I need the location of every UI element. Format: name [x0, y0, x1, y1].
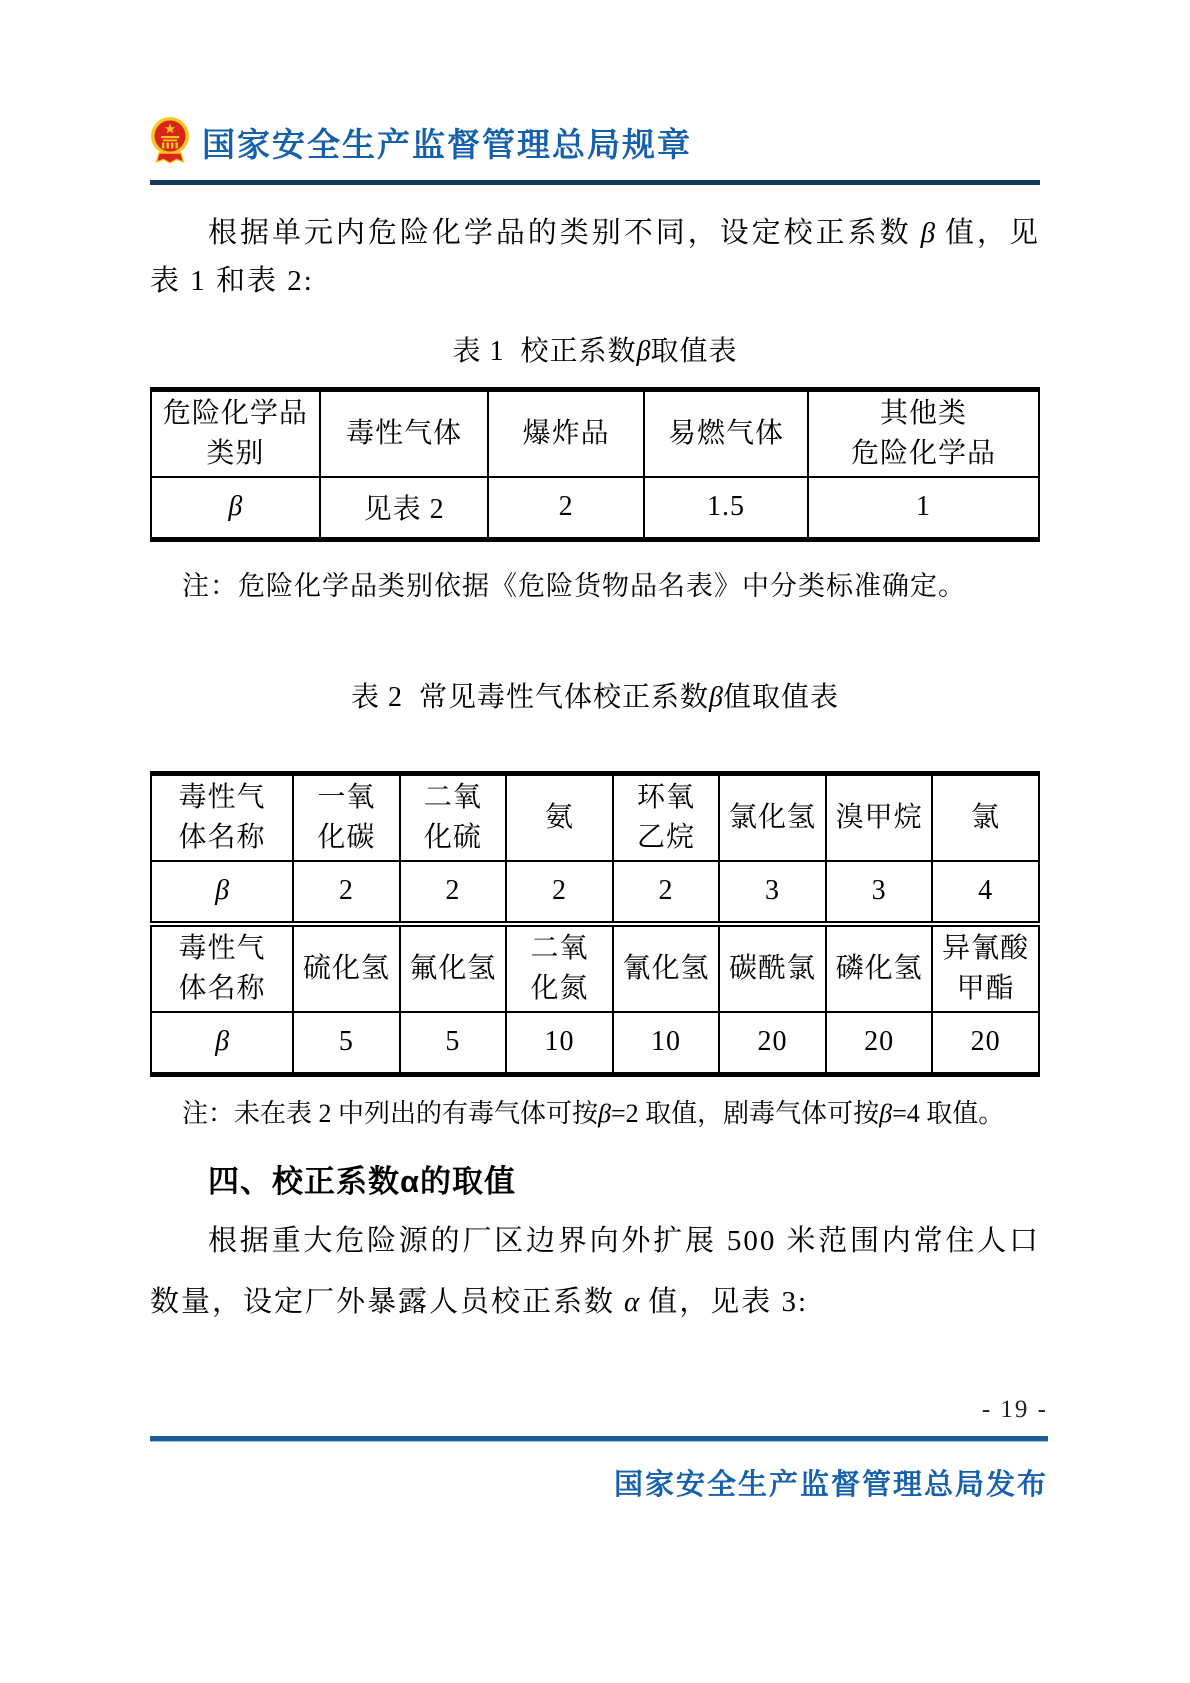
table1-value-row: β 见表 2 2 1.5 1 — [151, 477, 1039, 539]
table1-header-cell: 毒性气体 — [320, 390, 489, 478]
document-page: 国家安全生产监督管理总局规章 根据单元内危险化学品的类别不同，设定校正系数β值，… — [0, 0, 1190, 1683]
publisher-line: 国家安全生产监督管理总局发布 — [150, 1462, 1048, 1503]
table1-header-row: 危险化学品 类别 毒性气体 爆炸品 易燃气体 其他类 危险化学品 — [151, 390, 1039, 478]
table2-row-label: β — [151, 1012, 293, 1075]
table2-value-cell: 5 — [293, 1012, 400, 1075]
table2-value-cell: 20 — [719, 1012, 826, 1075]
section-paragraph: 根据重大危险源的厂区边界向外扩展 500 米范围内常住人口数量，设定厂外暴露人员… — [150, 1211, 1040, 1333]
document-footer: - 19 - 国家安全生产监督管理总局发布 — [150, 1396, 1048, 1503]
table1-value-cell: 1.5 — [644, 477, 808, 539]
table2-value-cell: 10 — [506, 1012, 613, 1075]
table1-header-cell: 其他类 危险化学品 — [808, 390, 1039, 478]
table2-header-cell: 毒性气 体名称 — [151, 773, 293, 861]
note-text: 注：未在表 2 中列出的有毒气体可按 — [182, 1099, 598, 1128]
table2-value-cell: 4 — [932, 861, 1039, 924]
table2-header-cell: 二氧 化硫 — [400, 773, 507, 861]
table2-header-cell: 二氧 化氮 — [506, 924, 613, 1012]
beta-symbol: β — [879, 1099, 892, 1128]
table2-header-cell: 氨 — [506, 773, 613, 861]
table2-header-cell: 氰化氢 — [613, 924, 720, 1012]
table1-value-cell: 2 — [488, 477, 643, 539]
table2-value-cell: 2 — [293, 861, 400, 924]
table1-value-cell: 见表 2 — [320, 477, 489, 539]
table1-title-suffix: 取值表 — [650, 336, 737, 367]
table1-number: 表 1 — [453, 336, 505, 367]
table2-header-cell: 硫化氢 — [293, 924, 400, 1012]
table2-header-cell: 氟化氢 — [400, 924, 507, 1012]
table2-header-cell: 碳酰氯 — [719, 924, 826, 1012]
beta-symbol: β — [637, 336, 651, 367]
table1-header-cell: 危险化学品 类别 — [151, 390, 320, 478]
section-heading-alpha: 四、校正系数α的取值 — [150, 1156, 1040, 1201]
intro-paragraph: 根据单元内危险化学品的类别不同，设定校正系数β值，见表 1 和表 2: — [150, 209, 1040, 305]
national-emblem-icon — [150, 116, 190, 168]
beta-symbol: β — [598, 1099, 611, 1128]
table2-header-cell: 氯 — [932, 773, 1039, 861]
table2-header-cell: 一氧 化碳 — [293, 773, 400, 861]
table2-value-cell: 20 — [932, 1012, 1039, 1075]
table2-value-cell: 2 — [506, 861, 613, 924]
table1-header-cell: 易燃气体 — [644, 390, 808, 478]
table2-header-cell: 磷化氢 — [826, 924, 933, 1012]
table1-correction-factor-beta: 危险化学品 类别 毒性气体 爆炸品 易燃气体 其他类 危险化学品 β 见表 2 … — [150, 387, 1040, 542]
section-text-end: 值，见表 3: — [648, 1286, 808, 1318]
table2-title-text: 常见毒性气体校正系数 — [419, 682, 709, 713]
header-rule — [150, 180, 1040, 185]
table2-header-row-2: 毒性气 体名称 硫化氢 氟化氢 二氧 化氮 氰化氢 碳酰氯 磷化氢 异氰酸 甲酯 — [151, 924, 1039, 1012]
footer-rule — [150, 1436, 1048, 1442]
table2-note: 注：未在表 2 中列出的有毒气体可按β=2 取值，剧毒气体可按β=4 取值。 — [150, 1093, 1040, 1130]
table1-title: 表 1校正系数β取值表 — [150, 329, 1040, 369]
table2-title-suffix: 值取值表 — [723, 682, 839, 713]
table2-header-row-1: 毒性气 体名称 一氧 化碳 二氧 化硫 氨 环氧 乙烷 氯化氢 溴甲烷 氯 — [151, 773, 1039, 861]
section-text: 根据重大危险源的厂区边界向外扩展 500 米范围内常住人口数量，设定厂外暴露人员… — [150, 1225, 1040, 1318]
table2-header-cell: 环氧 乙烷 — [613, 773, 720, 861]
document-header-title: 国家安全生产监督管理总局规章 — [202, 119, 692, 166]
note-text: =4 取值。 — [892, 1099, 1004, 1128]
table2-value-cell: 10 — [613, 1012, 720, 1075]
table2-value-row-1: β 2 2 2 2 3 3 4 — [151, 861, 1039, 924]
table2-value-cell: 2 — [400, 861, 507, 924]
table2-number: 表 2 — [351, 682, 403, 713]
table2-title: 表 2常见毒性气体校正系数β值取值表 — [150, 675, 1040, 715]
table2-value-cell: 3 — [826, 861, 933, 924]
table2-header-cell: 毒性气 体名称 — [151, 924, 293, 1012]
intro-text: 根据单元内危险化学品的类别不同，设定校正系数 — [208, 217, 912, 249]
table1-note: 注：危险化学品类别依据《危险货物品名表》中分类标准确定。 — [150, 564, 1040, 603]
table2-value-cell: 20 — [826, 1012, 933, 1075]
table2-value-cell: 3 — [719, 861, 826, 924]
table2-value-row-2: β 5 5 10 10 20 20 20 — [151, 1012, 1039, 1075]
table2-toxic-gas-beta-values: 毒性气 体名称 一氧 化碳 二氧 化硫 氨 环氧 乙烷 氯化氢 溴甲烷 氯 β … — [150, 771, 1040, 1078]
content-column: 国家安全生产监督管理总局规章 根据单元内危险化学品的类别不同，设定校正系数β值，… — [0, 116, 1190, 1333]
table2-value-cell: 2 — [613, 861, 720, 924]
table2-header-cell: 溴甲烷 — [826, 773, 933, 861]
table1-header-cell: 爆炸品 — [488, 390, 643, 478]
table2-header-cell: 异氰酸 甲酯 — [932, 924, 1039, 1012]
table1-row-label: β — [151, 477, 320, 539]
table1-title-text: 校正系数 — [521, 336, 637, 367]
beta-symbol: β — [709, 682, 723, 713]
table1-value-cell: 1 — [808, 477, 1039, 539]
table2-value-cell: 5 — [400, 1012, 507, 1075]
page-number: - 19 - — [150, 1396, 1048, 1424]
document-header: 国家安全生产监督管理总局规章 — [150, 116, 1040, 168]
note-text: =2 取值，剧毒气体可按 — [611, 1099, 879, 1128]
beta-symbol: β — [921, 217, 935, 249]
alpha-symbol: α — [624, 1286, 639, 1318]
table2-row-label: β — [151, 861, 293, 924]
table2-header-cell: 氯化氢 — [719, 773, 826, 861]
